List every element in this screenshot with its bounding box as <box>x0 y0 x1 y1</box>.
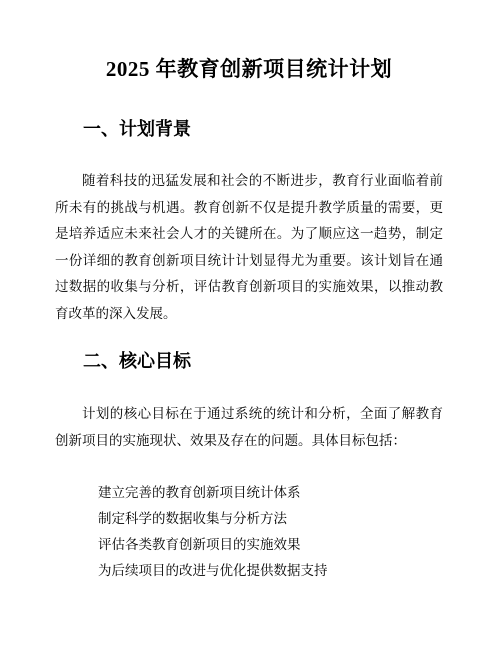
goal-item-data-support: 为后续项目的改进与优化提供数据支持 <box>98 558 443 584</box>
heading-plan-background: 一、计划背景 <box>83 116 443 142</box>
goal-item-data-collection-method: 制定科学的数据收集与分析方法 <box>98 506 443 532</box>
heading-core-goals: 二、核心目标 <box>83 348 443 374</box>
goal-item-statistics-system: 建立完善的教育创新项目统计体系 <box>98 480 443 506</box>
paragraph-plan-background: 随着科技的迅猛发展和社会的不断进步，教育行业面临着前所未有的挑战与机遇。教育创新… <box>55 168 443 327</box>
goal-list: 建立完善的教育创新项目统计体系 制定科学的数据收集与分析方法 评估各类教育创新项… <box>55 480 443 584</box>
goal-item-implementation-evaluation: 评估各类教育创新项目的实施效果 <box>98 532 443 558</box>
paragraph-core-goals-intro: 计划的核心目标在于通过系统的统计和分析，全面了解教育创新项目的实施现状、效果及存… <box>55 401 443 454</box>
document-title: 2025 年教育创新项目统计计划 <box>55 56 443 82</box>
document-page: 2025 年教育创新项目统计计划 一、计划背景 随着科技的迅猛发展和社会的不断进… <box>0 0 500 647</box>
